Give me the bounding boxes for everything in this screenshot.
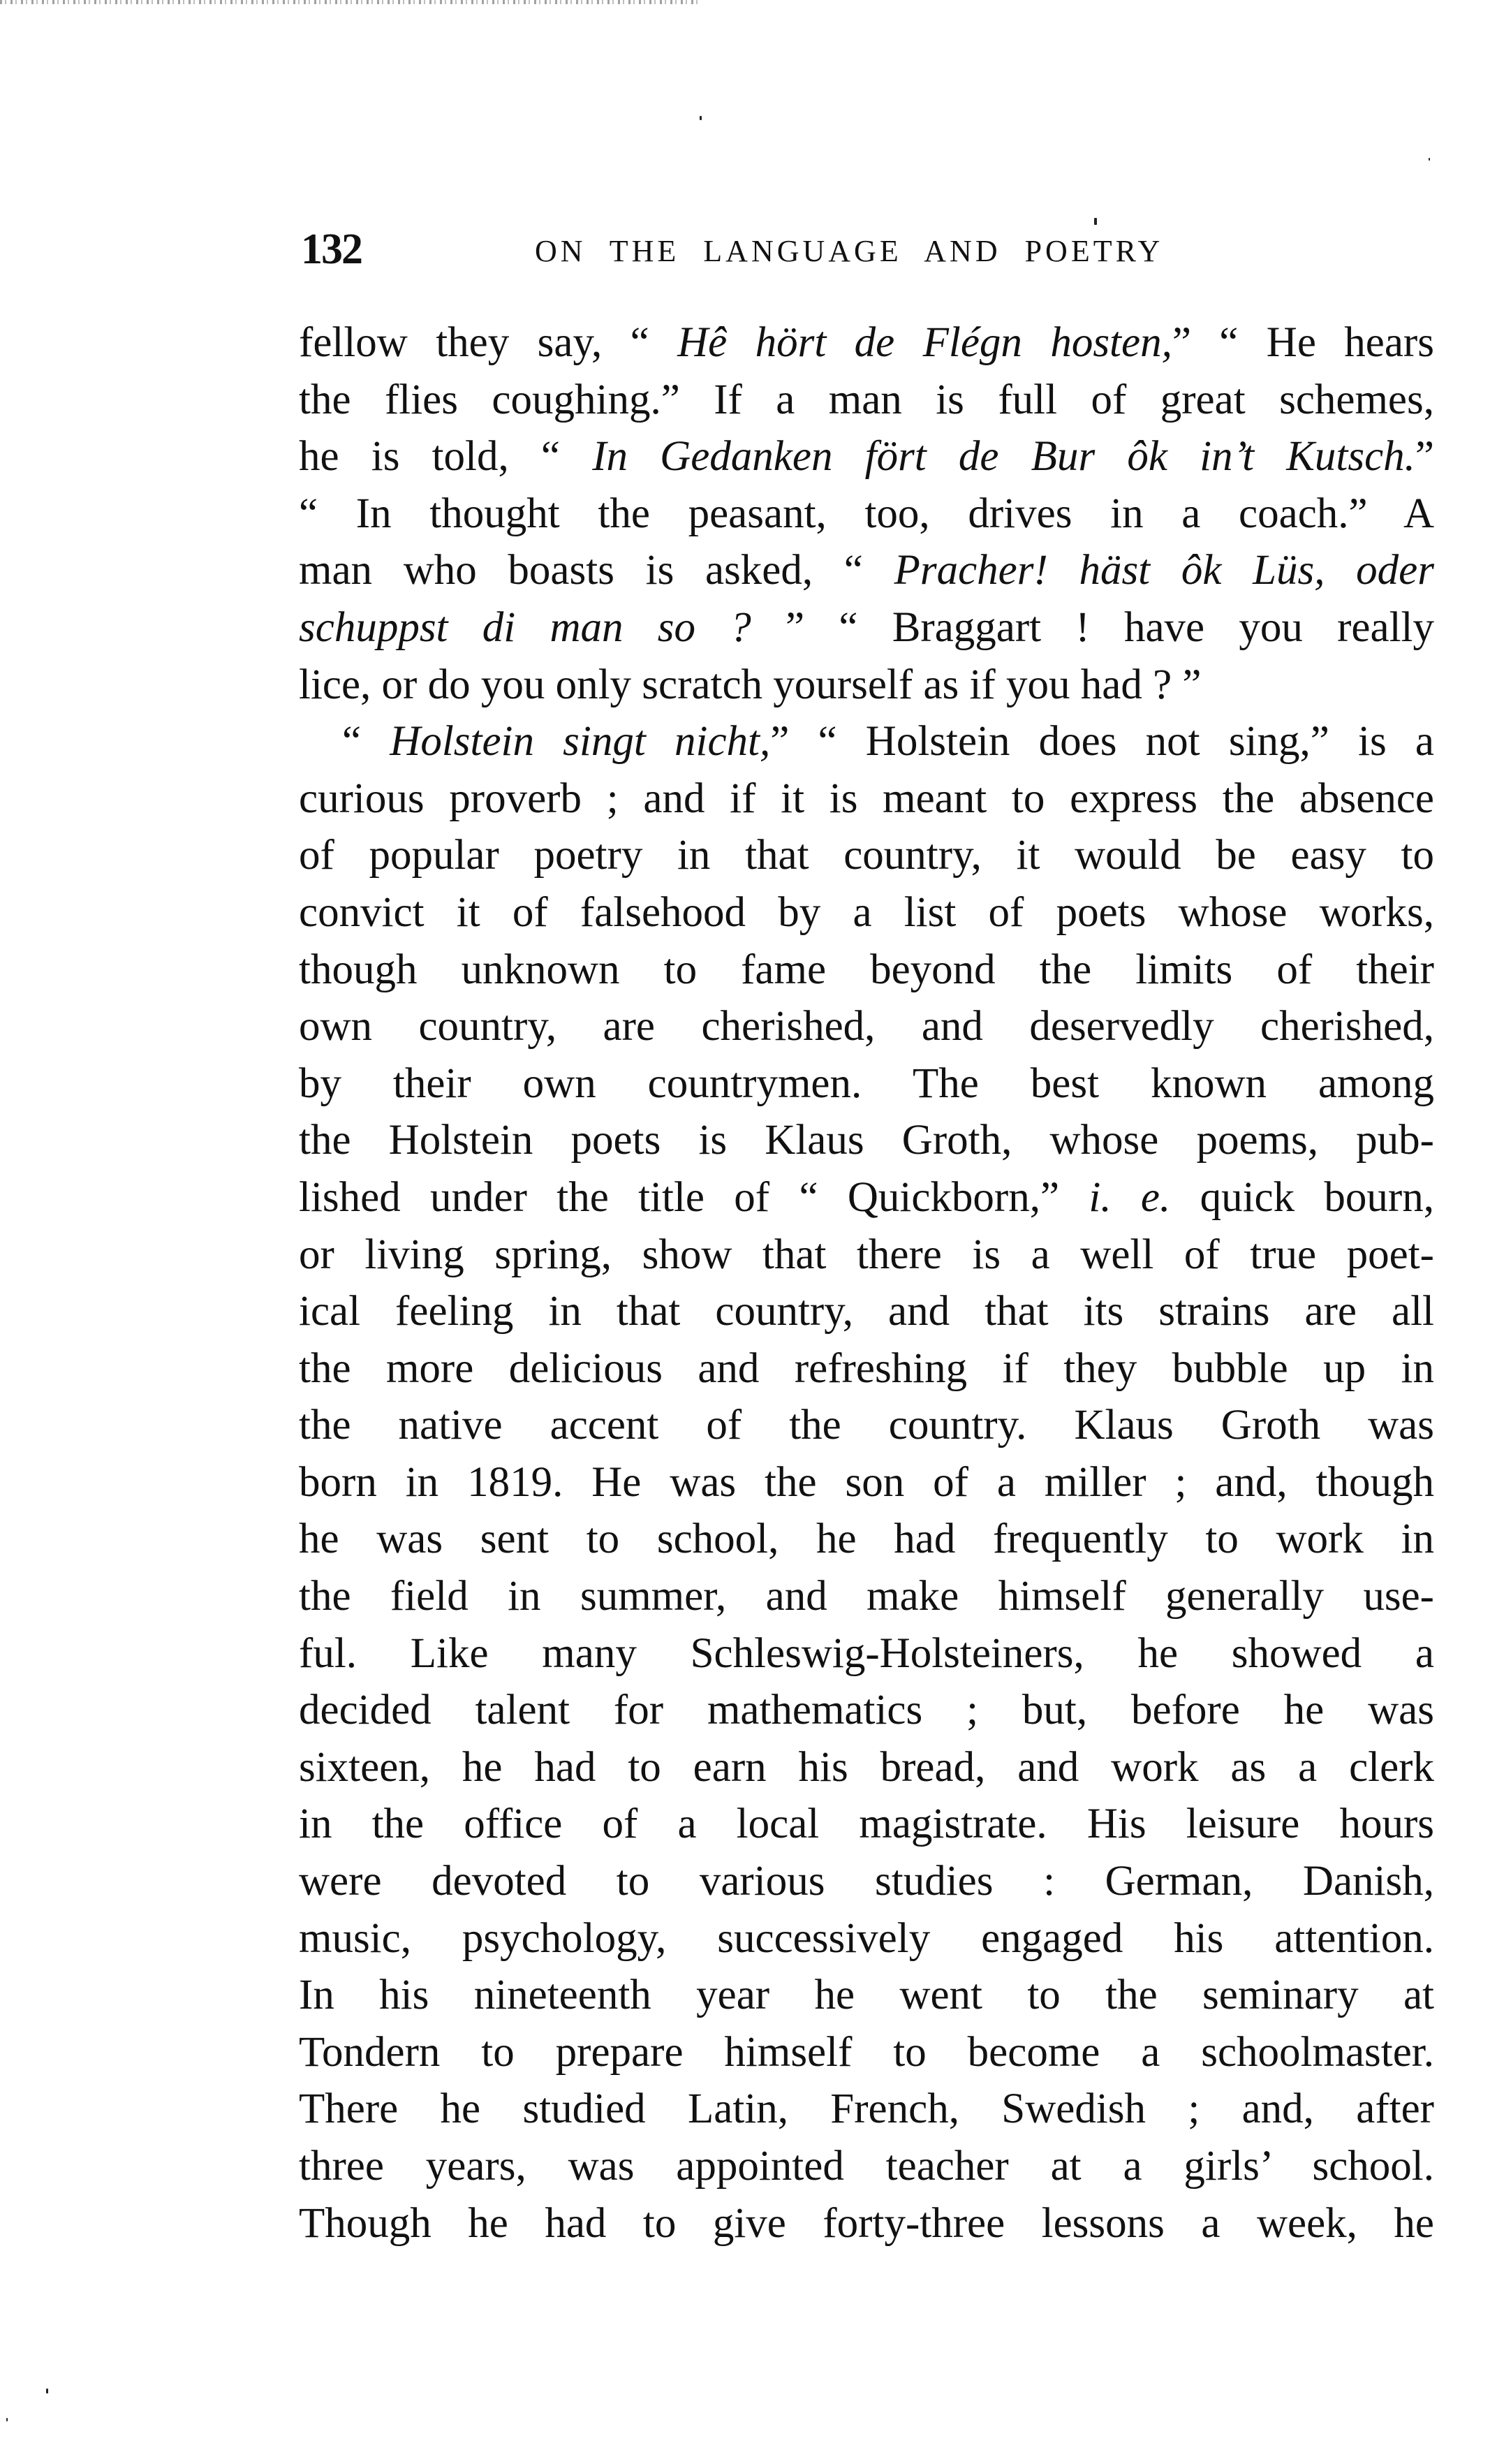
text-segment: the flies coughing.” If a man is full of… [299, 376, 1434, 423]
text-line: There he studied Latin, French, Swedish … [299, 2081, 1434, 2138]
text-line: in the office of a local magistrate. His… [299, 1796, 1434, 1853]
text-line: Though he had to give forty-three lesson… [299, 2195, 1434, 2252]
text-segment: born in 1819. He was the son of a miller… [299, 1459, 1434, 1506]
text-line: were devoted to various studies : German… [299, 1853, 1434, 1910]
scan-speck [46, 2389, 48, 2393]
text-line: he is told, “ In Gedanken fört de Bur ôk… [299, 428, 1434, 485]
text-line: fellow they say, “ Hê hört de Flégn host… [299, 314, 1434, 372]
text-segment: Though he had to give forty-three lesson… [299, 2200, 1434, 2247]
text-line: of popular poetry in that country, it wo… [299, 827, 1434, 884]
text-segment: convict it of falsehood by a list of poe… [299, 889, 1434, 936]
text-segment: lished under the title of “ Quickborn,” [299, 1174, 1089, 1221]
scan-speck [1094, 218, 1097, 225]
italic-phrase: schuppst di man so ? [299, 604, 751, 651]
text-segment: of popular poetry in that country, it wo… [299, 832, 1434, 879]
text-segment: the native accent of the country. Klaus … [299, 1402, 1434, 1449]
text-segment: own country, are cherished, and deserved… [299, 1003, 1434, 1050]
italic-phrase: Holstein singt nicht, [390, 718, 770, 765]
text-line: music, psychology, successively engaged … [299, 1910, 1434, 1967]
text-segment: lice, or do you only scratch yourself as… [299, 661, 1201, 708]
text-segment: fellow they say, “ [299, 319, 677, 366]
text-line: the flies coughing.” If a man is full of… [299, 372, 1434, 429]
text-line: or living spring, show that there is a w… [299, 1226, 1434, 1284]
text-line: though unknown to fame beyond the limits… [299, 941, 1434, 999]
text-line: he was sent to school, he had frequently… [299, 1511, 1434, 1568]
text-segment: curious proverb ; and if it is meant to … [299, 775, 1434, 822]
body-text: fellow they say, “ Hê hört de Flégn host… [299, 314, 1434, 2252]
text-line: “ Holstein singt nicht,” “ Holstein does… [299, 713, 1434, 770]
italic-phrase: In Gedanken fört de Bur ôk in’t Kutsch. [592, 433, 1415, 480]
text-line: the more delicious and refreshing if the… [299, 1340, 1434, 1398]
text-line: three years, was appointed teacher at a … [299, 2138, 1434, 2195]
text-segment: ” [1415, 433, 1434, 480]
text-line: schuppst di man so ? ” “ Braggart ! have… [299, 599, 1434, 657]
text-segment: were devoted to various studies : German… [299, 1858, 1434, 1905]
text-segment: quick bourn, [1170, 1174, 1434, 1221]
text-segment: or living spring, show that there is a w… [299, 1231, 1434, 1278]
italic-phrase: Pracher! häst ôk Lüs, oder [894, 547, 1434, 594]
text-line: ful. Like many Schleswig-Holsteiners, he… [299, 1625, 1434, 1682]
text-line: convict it of falsehood by a list of poe… [299, 884, 1434, 941]
page-header: 132 ON THE LANGUAGE AND POETRY [299, 225, 1437, 274]
text-line: the field in summer, and make himself ge… [299, 1568, 1434, 1625]
text-line: the native accent of the country. Klaus … [299, 1397, 1434, 1454]
text-segment: sixteen, he had to earn his bread, and w… [299, 1744, 1434, 1791]
text-segment: In his nineteenth year he went to the se… [299, 1972, 1434, 2018]
text-segment: the more delicious and refreshing if the… [299, 1345, 1434, 1392]
text-line: In his nineteenth year he went to the se… [299, 1967, 1434, 2024]
text-line: decided talent for mathematics ; but, be… [299, 1682, 1434, 1739]
italic-phrase: i. e. [1089, 1174, 1170, 1221]
text-segment: ” “ Braggart ! have you really [751, 604, 1434, 651]
text-line: by their own countrymen. The best known … [299, 1055, 1434, 1113]
text-segment: the field in summer, and make himself ge… [299, 1573, 1434, 1620]
text-segment: “ [342, 718, 390, 765]
text-line: ical feeling in that country, and that i… [299, 1283, 1434, 1340]
text-line: lice, or do you only scratch yourself as… [299, 657, 1434, 714]
text-line: “ In thought the peasant, too, drives in… [299, 485, 1434, 543]
text-segment: ” “ Holstein does not sing,” is a [770, 718, 1434, 765]
text-line: sixteen, he had to earn his bread, and w… [299, 1739, 1434, 1796]
text-segment: in the office of a local magistrate. His… [299, 1801, 1434, 1847]
text-segment: “ In thought the peasant, too, drives in… [299, 490, 1434, 537]
text-segment: he is told, “ [299, 433, 592, 480]
scan-speck [1429, 158, 1430, 161]
text-segment: by their own countrymen. The best known … [299, 1060, 1434, 1107]
text-line: lished under the title of “ Quickborn,” … [299, 1169, 1434, 1226]
text-segment: There he studied Latin, French, Swedish … [299, 2085, 1434, 2132]
text-segment: Tondern to prepare himself to become a s… [299, 2029, 1434, 2076]
text-line: own country, are cherished, and deserved… [299, 998, 1434, 1055]
text-segment: three years, was appointed teacher at a … [299, 2143, 1434, 2190]
text-segment: decided talent for mathematics ; but, be… [299, 1687, 1434, 1733]
text-segment: the Holstein poets is Klaus Groth, whose… [299, 1117, 1434, 1164]
text-segment: ” “ He hears [1172, 319, 1434, 366]
text-line: curious proverb ; and if it is meant to … [299, 770, 1434, 828]
text-segment: music, psychology, successively engaged … [299, 1915, 1434, 1962]
text-segment: man who boasts is asked, “ [299, 547, 894, 594]
text-segment: ical feeling in that country, and that i… [299, 1288, 1434, 1335]
text-line: Tondern to prepare himself to become a s… [299, 2024, 1434, 2081]
italic-phrase: Hê hört de Flégn hosten, [677, 319, 1172, 366]
scan-speck [6, 2418, 8, 2421]
text-segment: ful. Like many Schleswig-Holsteiners, he… [299, 1630, 1434, 1677]
text-line: born in 1819. He was the son of a miller… [299, 1454, 1434, 1511]
scan-speck [700, 116, 702, 120]
text-line: man who boasts is asked, “ Pracher! häst… [299, 542, 1434, 599]
scan-edge-artifact [0, 0, 698, 4]
text-segment: though unknown to fame beyond the limits… [299, 946, 1434, 993]
page-number: 132 [301, 225, 362, 274]
text-segment: he was sent to school, he had frequently… [299, 1516, 1434, 1562]
text-line: the Holstein poets is Klaus Groth, whose… [299, 1112, 1434, 1169]
running-title: ON THE LANGUAGE AND POETRY [535, 233, 1163, 269]
